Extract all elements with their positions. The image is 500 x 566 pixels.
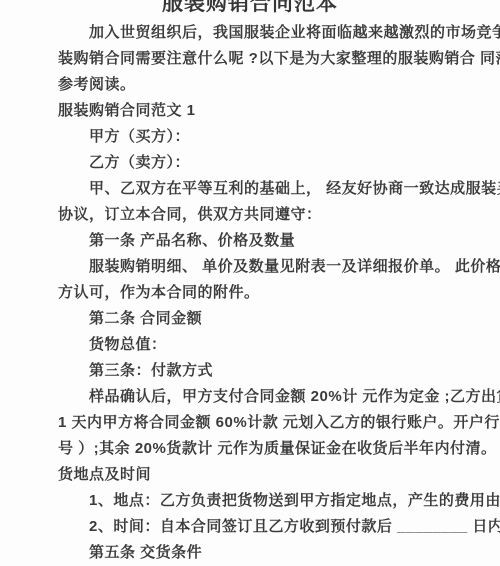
text-line: 服装购销明细、 单价及数量见附表一及详细报价单。 此价格经双 — [58, 254, 442, 280]
text-line: 甲方（买方）： — [58, 124, 442, 150]
text-line: 货物总值： — [58, 332, 442, 358]
text-line: 方认可，作为本合同的附件。 — [58, 280, 442, 306]
text-line: 第二条 合同金额 — [58, 306, 442, 332]
document-title: 服装购销合同范本 — [0, 0, 500, 17]
text-line: 第三条：付款方式 — [58, 358, 442, 384]
text-line: 号 ）;其余 20%货款计 元作为质量保证金在收货后半年内付清。 第四条 交 — [58, 436, 442, 462]
text-line: 样品确认后，甲方支付合同金额 20%计 元作为定金 ;乙方出货后 — [58, 384, 442, 410]
text-line: 第一条 产品名称、价格及数量 — [58, 228, 442, 254]
text-line: 货地点及时间 — [58, 462, 442, 488]
text-line: 甲、乙双方在平等互利的基础上， 经友好协商一致达成服装买卖 — [58, 176, 442, 202]
text-line: 1、地点：乙方负责把货物送到甲方指定地点，产生的费用由乙 方负责。 — [58, 488, 442, 514]
text-line: 装购销合同需要注意什么呢 ?以下是为大家整理的服装购销合 同范文，欢迎 — [58, 46, 442, 72]
text-line: 乙方（卖方）： — [58, 150, 442, 176]
text-line: 1 天内甲方将合同金额 60%计款 元划入乙方的银行账户。开户行 户 名 帐 — [58, 410, 442, 436]
text-line: 协议，订立本合同，供双方共同遵守： — [58, 202, 442, 228]
text-line: 加入世贸组织后，我国服装企业将面临越来越激烈的市场竞争。 签订服 — [58, 20, 442, 46]
text-line: 参考阅读。 — [58, 72, 442, 98]
text-line: 服装购销合同范文 1 — [58, 98, 442, 124]
document-page: 服装购销合同范本 加入世贸组织后，我国服装企业将面临越来越激烈的市场竞争。 签订… — [0, 0, 500, 566]
text-line: 第五条 交货条件 — [58, 540, 442, 566]
text-line: 2、时间：自本合同签订且乙方收到预付款后 ________ 日内。 — [58, 514, 442, 540]
document-body: 加入世贸组织后，我国服装企业将面临越来越激烈的市场竞争。 签订服装购销合同需要注… — [58, 20, 442, 566]
